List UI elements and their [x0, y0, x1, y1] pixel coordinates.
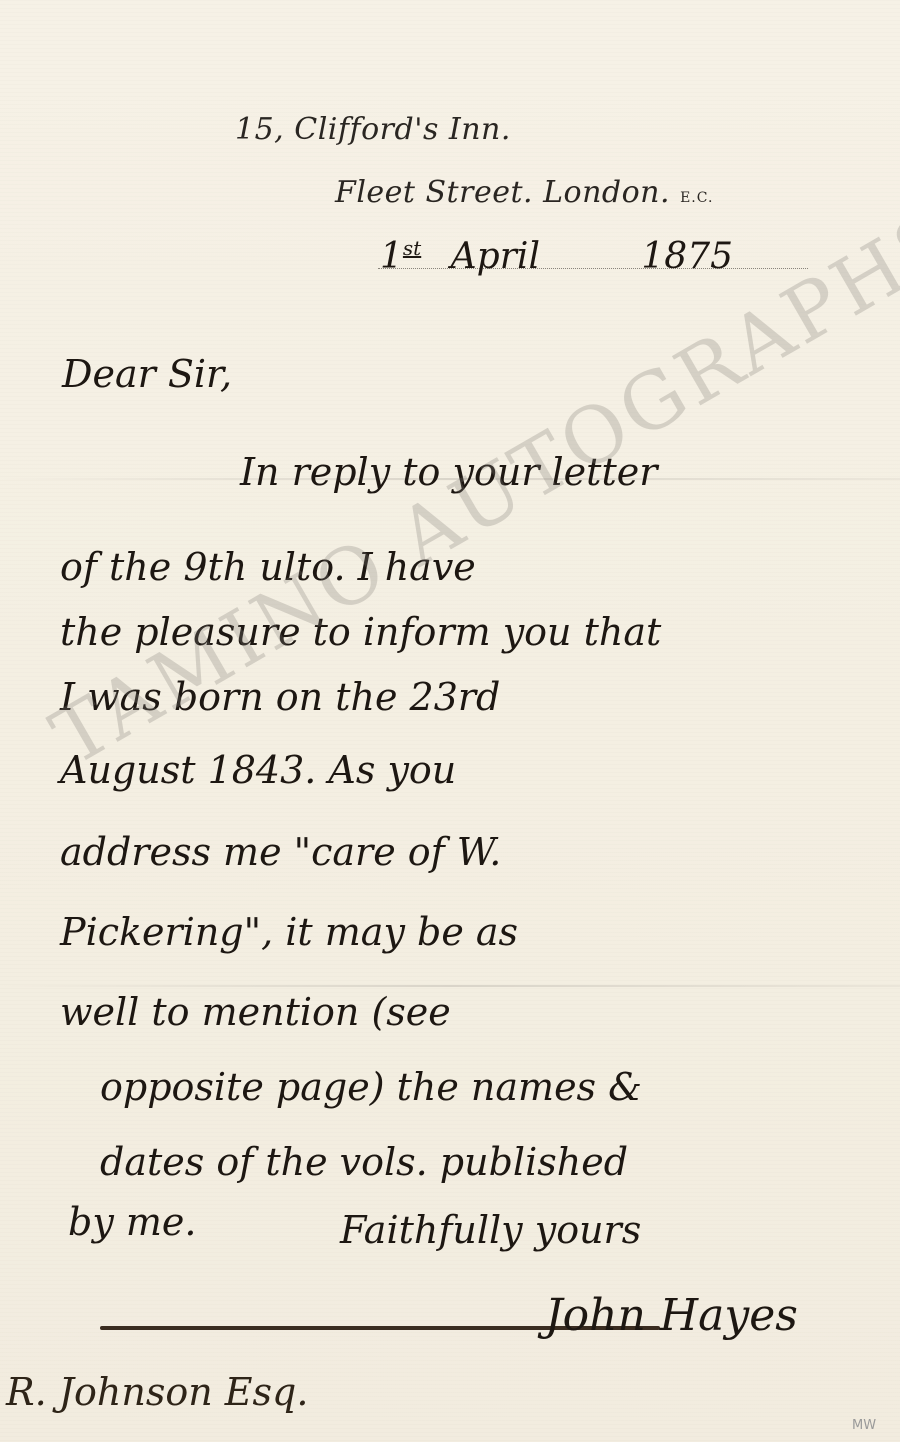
- date-day: 1: [380, 236, 403, 277]
- pencil-mark: MW: [852, 1418, 876, 1433]
- letterhead-street: Fleet Street. London.: [335, 175, 670, 210]
- body-line: by me.: [68, 1200, 196, 1244]
- paper-fold-line: [0, 985, 900, 987]
- signature: John Hayes: [545, 1290, 798, 1341]
- salutation: Dear Sir,: [62, 352, 232, 396]
- date-month: April: [451, 236, 540, 277]
- date-year: 1875: [641, 236, 733, 277]
- body-line: Pickering", it may be as: [60, 910, 518, 954]
- closing: Faithfully yours: [340, 1208, 641, 1252]
- recipient: R. Johnson Esq.: [6, 1370, 308, 1414]
- letter-date: 1st April 1875: [380, 236, 733, 277]
- body-line: dates of the vols. published: [100, 1140, 628, 1184]
- letterhead-address-line-2: Fleet Street. London. E.C.: [335, 175, 713, 210]
- body-line: address me "care of W.: [60, 830, 501, 874]
- letterhead-postal-district: E.C.: [680, 190, 713, 206]
- body-line: opposite page) the names &: [100, 1065, 642, 1109]
- date-day-suffix: st: [403, 236, 421, 260]
- letterhead-address-line-1: 15, Clifford's Inn.: [235, 112, 511, 147]
- body-line: well to mention (see: [60, 990, 451, 1034]
